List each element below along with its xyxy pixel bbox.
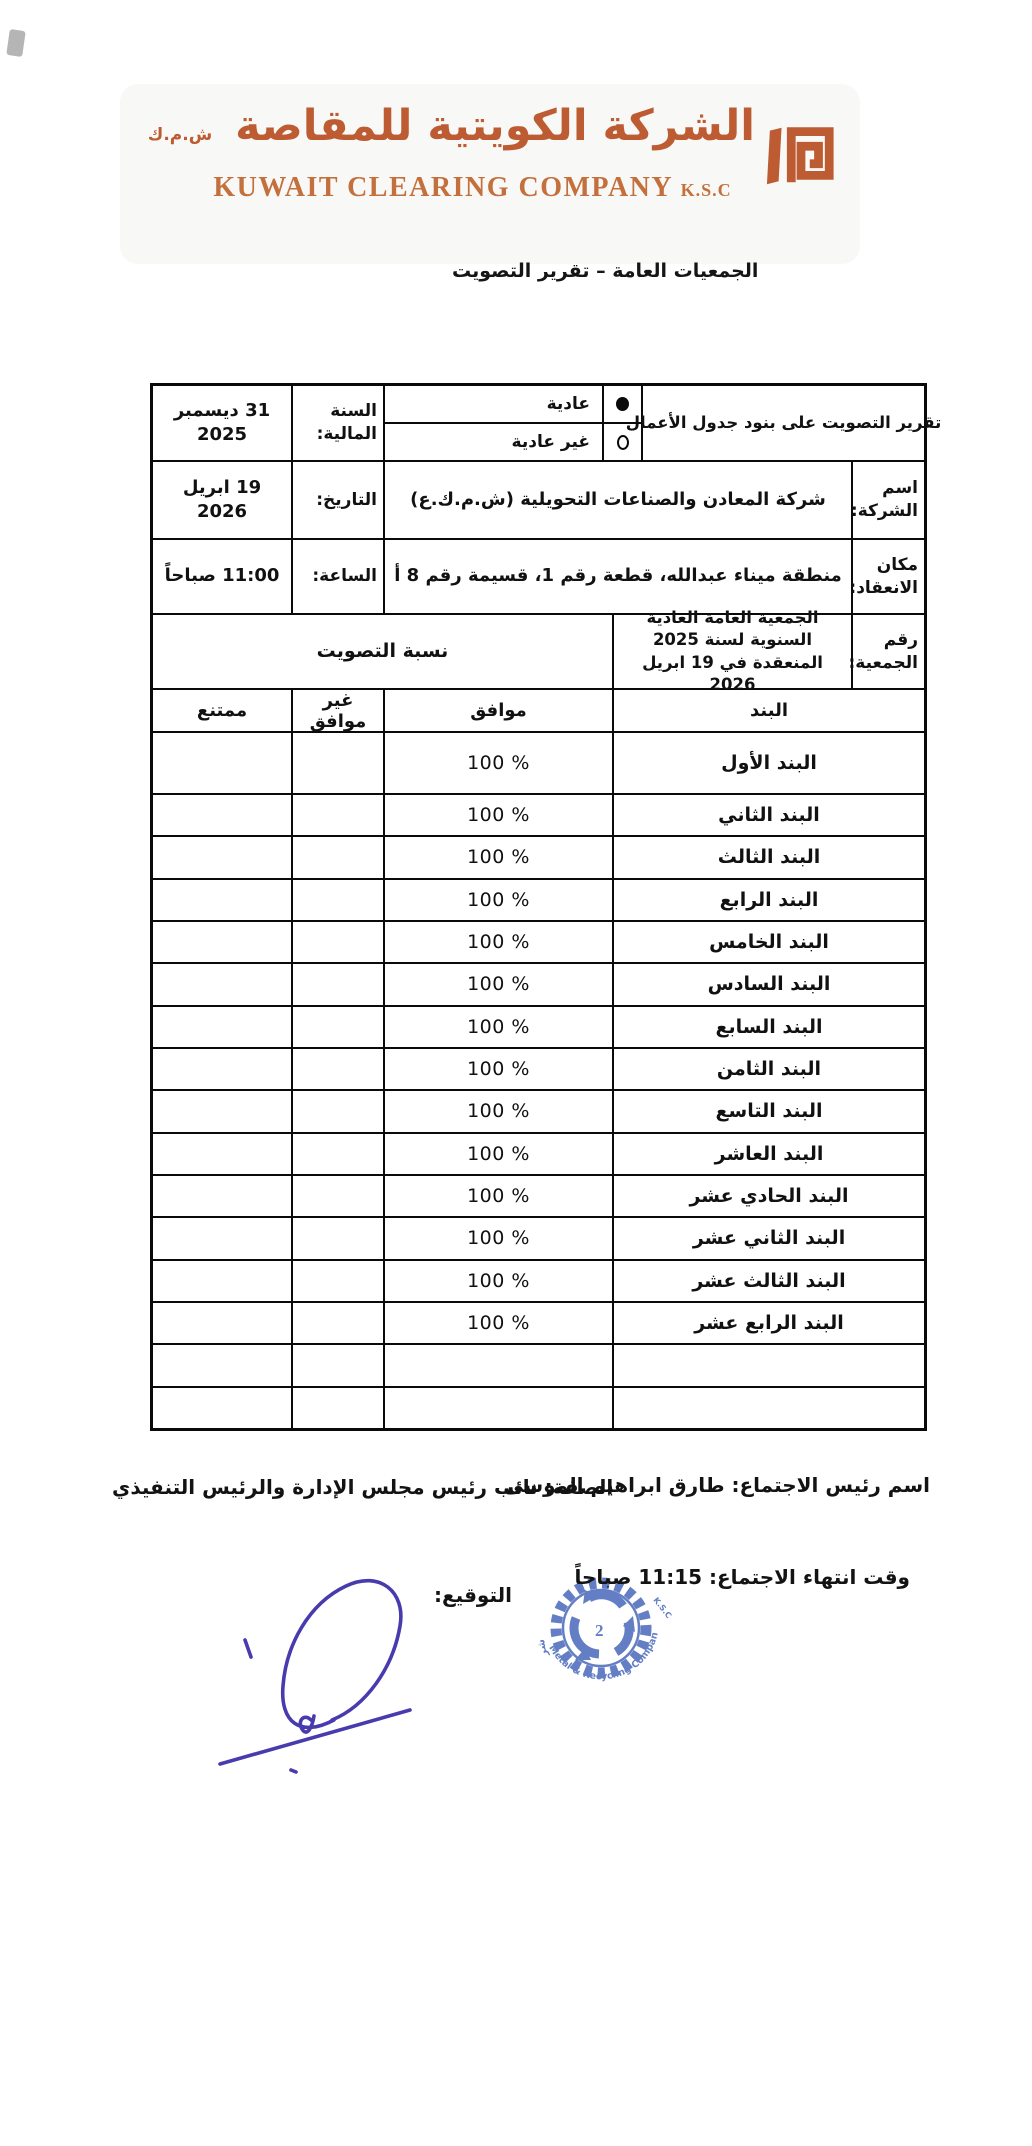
report-title-cell: تقرير التصويت على بنود جدول الأعمال xyxy=(642,385,925,461)
time-label: الساعة: xyxy=(292,539,384,614)
cell-approve: 100 % xyxy=(384,794,613,836)
cell-item: البند الثالث عشر xyxy=(613,1260,925,1302)
radio-extraordinary xyxy=(603,423,642,461)
table-row: البند الرابع عشر100 % xyxy=(152,1302,925,1344)
info-section: تقرير التصويت على بنود جدول الأعمال عادي… xyxy=(152,385,925,689)
document-page: الشركة الكويتية للمقاصة ش.م.ك KUWAIT CLE… xyxy=(0,0,1032,2146)
cell-approve xyxy=(384,1344,613,1386)
cell-disapprove xyxy=(292,1175,384,1217)
cell-approve: 100 % xyxy=(384,1217,613,1259)
cell-abstain xyxy=(152,879,292,921)
cell-disapprove xyxy=(292,879,384,921)
table-row: البند العاشر100 % xyxy=(152,1133,925,1175)
cell-abstain xyxy=(152,1006,292,1048)
cell-approve: 100 % xyxy=(384,1048,613,1090)
filled-circle-icon xyxy=(616,397,629,411)
stamp-arabic-arc: شركة المعادن والصناعات التحويلية xyxy=(527,1552,551,1659)
cell-abstain xyxy=(152,1217,292,1259)
table-row: البند الثاني عشر100 % xyxy=(152,1217,925,1259)
cell-abstain xyxy=(152,1133,292,1175)
date-label: التاريخ: xyxy=(292,461,384,539)
cell-approve: 100 % xyxy=(384,1133,613,1175)
votes-rows: البند الأول100 %البند الثاني100 %البند ا… xyxy=(152,732,925,1429)
table-row: البند الثالث100 % xyxy=(152,836,925,878)
table-row: البند التاسع100 % xyxy=(152,1090,925,1132)
stamp-ksc-text: K.S.C xyxy=(651,1596,673,1620)
cell-item xyxy=(613,1387,925,1429)
venue-label: مكان الانعقاد: xyxy=(852,539,925,614)
cell-abstain xyxy=(152,1302,292,1344)
cell-item: البند الثالث xyxy=(613,836,925,878)
table-row: البند الثامن100 % xyxy=(152,1048,925,1090)
cell-abstain xyxy=(152,1344,292,1386)
cell-approve: 100 % xyxy=(384,1260,613,1302)
cell-abstain xyxy=(152,836,292,878)
cell-abstain xyxy=(152,1090,292,1132)
cell-abstain xyxy=(152,1260,292,1302)
company-logo-english-text: KUWAIT CLEARING COMPANY xyxy=(213,172,672,203)
cell-abstain xyxy=(152,1048,292,1090)
cell-approve: 100 % xyxy=(384,1175,613,1217)
header-approve: موافق xyxy=(384,689,613,732)
cell-disapprove xyxy=(292,1344,384,1386)
meeting-end-time-line: وقت انتهاء الاجتماع: 11:15 صباحاً xyxy=(574,1565,910,1589)
square-spiral-icon xyxy=(765,119,837,191)
cell-item: البند الحادي عشر xyxy=(613,1175,925,1217)
cell-disapprove xyxy=(292,732,384,794)
table-row: البند الخامس100 % xyxy=(152,921,925,963)
cell-disapprove xyxy=(292,1048,384,1090)
signature-ink xyxy=(192,1570,444,1788)
table-row: البند الثاني100 % xyxy=(152,794,925,836)
chairman-role-line: الصفة: نائب رئيس مجلس الإدارة والرئيس ال… xyxy=(112,1475,613,1499)
cell-approve: 100 % xyxy=(384,921,613,963)
voting-ratio-label: نسبة التصويت xyxy=(152,614,613,689)
empty-circle-icon xyxy=(617,435,629,450)
cell-approve: 100 % xyxy=(384,879,613,921)
cell-approve: 100 % xyxy=(384,1006,613,1048)
cell-item: البند الثاني عشر xyxy=(613,1217,925,1259)
company-logo-english: KUWAIT CLEARING COMPANY K.S.C xyxy=(200,172,745,204)
cell-approve: 100 % xyxy=(384,1090,613,1132)
radio-ordinary xyxy=(603,385,642,423)
cell-item: البند الخامس xyxy=(613,921,925,963)
table-row: البند السادس100 % xyxy=(152,963,925,1005)
company-logo-arabic-text: الشركة الكويتية للمقاصة xyxy=(235,101,755,151)
cell-disapprove xyxy=(292,794,384,836)
option-extraordinary-label: غير عادية xyxy=(384,423,603,461)
cell-item: البند الثامن xyxy=(613,1048,925,1090)
option-ordinary-label: عادية xyxy=(384,385,603,423)
cell-approve: 100 % xyxy=(384,836,613,878)
cell-disapprove xyxy=(292,1133,384,1175)
header-item: البند xyxy=(613,689,925,732)
cell-disapprove xyxy=(292,1302,384,1344)
cell-approve: 100 % xyxy=(384,963,613,1005)
signature-label: التوقيع: xyxy=(434,1583,512,1607)
fiscal-year-value: 31 ديسمبر 2025 xyxy=(152,385,292,461)
time-value: 11:00 صباحاً xyxy=(152,539,292,614)
cell-item: البند الرابع عشر xyxy=(613,1302,925,1344)
page-title: الجمعيات العامة – تقرير التصويت xyxy=(452,260,758,282)
table-row: البند الثالث عشر100 % xyxy=(152,1260,925,1302)
table-row: البند الحادي عشر100 % xyxy=(152,1175,925,1217)
stamp-center-digit: 2 xyxy=(595,1621,604,1640)
header-abstain: ممتنع xyxy=(152,689,292,732)
cell-disapprove xyxy=(292,1217,384,1259)
cell-approve: 100 % xyxy=(384,732,613,794)
assembly-number-value: الجمعية العامة العادية السنوية لسنة 2025… xyxy=(613,614,852,689)
table-row: البند الرابع100 % xyxy=(152,879,925,921)
company-logo-arabic: الشركة الكويتية للمقاصة ش.م.ك xyxy=(205,101,755,151)
company-logo-english-suffix: K.S.C xyxy=(681,180,732,200)
date-value: 19 ابريل 2026 xyxy=(152,461,292,539)
cell-disapprove xyxy=(292,921,384,963)
cell-item: البند الثاني xyxy=(613,794,925,836)
cell-approve: 100 % xyxy=(384,1302,613,1344)
company-name-label: اسم الشركة: xyxy=(852,461,925,539)
voting-report-table: تقرير التصويت على بنود جدول الأعمال عادي… xyxy=(150,383,927,1431)
votes-header-row: البند موافق غير موافق ممتنع xyxy=(152,689,925,732)
cell-disapprove xyxy=(292,1260,384,1302)
cell-approve xyxy=(384,1387,613,1429)
cell-abstain xyxy=(152,921,292,963)
table-row: البند الأول100 % xyxy=(152,732,925,794)
cell-item: البند الأول xyxy=(613,732,925,794)
cell-item: البند التاسع xyxy=(613,1090,925,1132)
table-row xyxy=(152,1387,925,1429)
cell-abstain xyxy=(152,794,292,836)
cell-abstain xyxy=(152,732,292,794)
cell-item: البند العاشر xyxy=(613,1133,925,1175)
cell-disapprove xyxy=(292,963,384,1005)
table-row xyxy=(152,1344,925,1386)
assembly-number-label: رقم الجمعية: xyxy=(852,614,925,689)
cell-item: البند السادس xyxy=(613,963,925,1005)
header-disapprove: غير موافق xyxy=(292,689,384,732)
cell-abstain xyxy=(152,963,292,1005)
cell-item: البند الرابع xyxy=(613,879,925,921)
scan-smudge xyxy=(6,29,25,57)
cell-disapprove xyxy=(292,1387,384,1429)
cell-abstain xyxy=(152,1387,292,1429)
cell-item xyxy=(613,1344,925,1386)
cell-disapprove xyxy=(292,1090,384,1132)
company-logo-arabic-suffix: ش.م.ك xyxy=(148,125,212,145)
table-row: البند السابع100 % xyxy=(152,1006,925,1048)
cell-abstain xyxy=(152,1175,292,1217)
company-name-value: شركة المعادن والصناعات التحويلية (ش.م.ك.… xyxy=(384,461,852,539)
fiscal-year-label: السنة المالية: xyxy=(292,385,384,461)
cell-disapprove xyxy=(292,1006,384,1048)
cell-item: البند السابع xyxy=(613,1006,925,1048)
cell-disapprove xyxy=(292,836,384,878)
venue-value: منطقة ميناء عبدالله، قطعة رقم 1، قسيمة ر… xyxy=(384,539,852,614)
